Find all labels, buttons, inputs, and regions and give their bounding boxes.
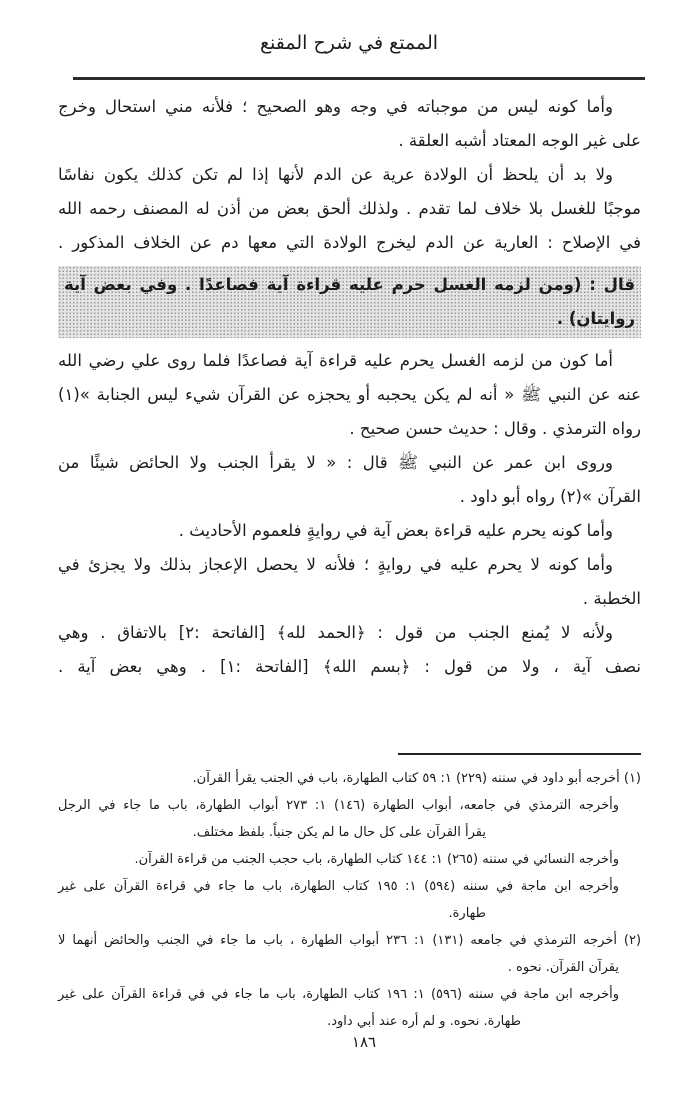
- body-line: وروى ابن عمر عن النبي ﷺ قال : « لا يقرأ …: [58, 446, 641, 480]
- page-header-title: الممتع في شرح المقنع: [0, 28, 698, 58]
- body-line: موجبًا للغسل بلا خلاف لما تقدم . ولذلك أ…: [58, 192, 641, 226]
- header-divider: [73, 77, 645, 80]
- footnote-line: وأخرجه ابن ماجة في سننه (٥٩٦) ١: ١٩٦ كتا…: [58, 981, 641, 1008]
- matn-highlight-block: قال : (ومن لزمه الغسل حرم عليه قراءة آية…: [58, 266, 641, 338]
- page-number: ١٨٦: [30, 1033, 698, 1051]
- matn-line: قال : (ومن لزمه الغسل حرم عليه قراءة آية…: [64, 268, 635, 302]
- footnote-line: (١) أخرجه أبو داود في سننه (٢٢٩) ١: ٥٩ ك…: [58, 765, 641, 792]
- footnote-line: وأخرجه النسائي في سننه (٢٦٥) ١: ١٤٤ كتاب…: [58, 846, 641, 873]
- body-line: على غير الوجه المعتاد أشبه العلقة .: [58, 124, 641, 158]
- body-line: نصف آية ، ولا من قول : ﴿بسم الله﴾ [الفات…: [58, 650, 641, 684]
- body-line: وأما كونه لا يحرم عليه في روايةٍ ؛ فلأنه…: [58, 548, 641, 582]
- book-page: الممتع في شرح المقنع وأما كونه ليس من مو…: [0, 0, 698, 1098]
- body-line: ولا بد أن يلحظ أن الولادة عرية عن الدم ل…: [58, 158, 641, 192]
- body-line: القرآن »(٢) رواه أبو داود .: [58, 480, 641, 514]
- footnotes-section: (١) أخرجه أبو داود في سننه (٢٢٩) ١: ٥٩ ك…: [58, 753, 641, 1035]
- body-line: ولأنه لا يُمنع الجنب من قول : ﴿الحمد لله…: [58, 616, 641, 650]
- body-line: في الإصلاح : العارية عن الدم ليخرج الولا…: [58, 226, 641, 260]
- footnote-line: طهارة.: [58, 900, 641, 927]
- body-line: وأما كونه ليس من موجباته في وجه وهو الصح…: [58, 90, 641, 124]
- body-line: الخطبة .: [58, 582, 641, 616]
- matn-line: روايتان) .: [64, 302, 635, 336]
- body-line: رواه الترمذي . وقال : حديث حسن صحيح .: [58, 412, 641, 446]
- body-text: وأما كونه ليس من موجباته في وجه وهو الصح…: [58, 90, 641, 684]
- body-line: عنه عن النبي ﷺ « أنه لم يكن يحجبه أو يحج…: [58, 378, 641, 412]
- footnote-line: يقرآن القرآن. نحوه .: [58, 954, 641, 981]
- footnote-line: طهارة. نحوه. و لم أره عند أبي داود.: [58, 1008, 641, 1035]
- body-line: وأما كونه يحرم عليه قراءة بعض آية في روا…: [58, 514, 641, 548]
- footnote-line: (٢) أخرجه الترمذي في جامعه (١٣١) ١: ٢٣٦ …: [58, 927, 641, 954]
- footnote-line: وأخرجه الترمذي في جامعه، أبواب الطهارة (…: [58, 792, 641, 819]
- footnote-line: يقرأ القرآن على كل حال ما لم يكن جنباً. …: [58, 819, 641, 846]
- footnote-separator: [398, 753, 641, 755]
- body-line: أما كون من لزمه الغسل يحرم عليه قراءة آي…: [58, 344, 641, 378]
- footnote-line: وأخرجه ابن ماجة في سننه (٥٩٤) ١: ١٩٥ كتا…: [58, 873, 641, 900]
